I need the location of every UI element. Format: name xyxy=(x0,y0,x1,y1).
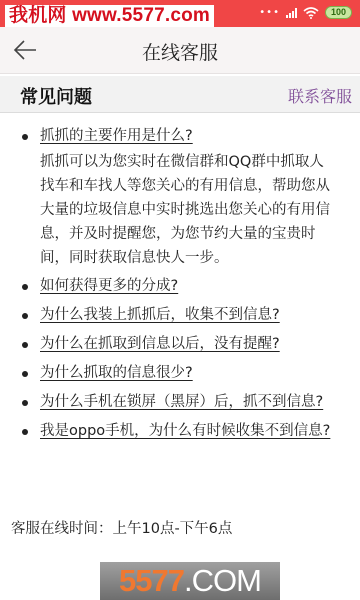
answer-line: 大量的垃圾信息中实时挑选出您关心的有用信 xyxy=(40,198,354,222)
faq-question-link[interactable]: 如何获得更多的分成? xyxy=(40,274,178,298)
bullet-icon xyxy=(22,342,28,348)
battery-icon: 100 xyxy=(325,6,352,19)
wifi-icon xyxy=(303,7,319,19)
bullet-icon xyxy=(22,429,28,435)
faq-question-link[interactable]: 为什么手机在锁屏（黑屏）后，抓不到信息? xyxy=(40,390,323,414)
service-hours: 客服在线时间：上午10点-下午6点 xyxy=(11,517,232,538)
answer-line: 间，同时获取信息快人一步。 xyxy=(40,246,354,270)
contact-service-link[interactable]: 联系客服 xyxy=(288,84,352,107)
site-logo: 5577.COM xyxy=(100,562,280,600)
logo-number: 5577 xyxy=(119,563,184,599)
faq-answer: 抓抓可以为您实时在微信群和QQ群中抓取人 找车和车找人等您关心的有用信息，帮助您… xyxy=(40,148,354,274)
faq-item: 我是oppo手机，为什么有时候收集不到信息? xyxy=(0,419,360,448)
faq-item: 为什么抓取的信息很少? xyxy=(0,361,360,390)
answer-line: 抓抓可以为您实时在微信群和QQ群中抓取人 xyxy=(40,150,354,174)
faq-item: 如何获得更多的分成? xyxy=(0,274,360,303)
bullet-icon xyxy=(22,313,28,319)
logo-domain: .COM xyxy=(184,563,261,599)
faq-question-link[interactable]: 为什么在抓取到信息以后，没有提醒? xyxy=(40,332,280,356)
answer-line: 息，并及时提醒您，为您节约大量的宝贵时 xyxy=(40,222,354,246)
faq-item: 抓抓的主要作用是什么? 抓抓可以为您实时在微信群和QQ群中抓取人 找车和车找人等… xyxy=(0,124,360,274)
answer-line: 找车和车找人等您关心的有用信息，帮助您从 xyxy=(40,174,354,198)
top-app-bar: 在线客服 xyxy=(0,27,360,74)
faq-item: 为什么我装上抓抓后，收集不到信息? xyxy=(0,303,360,332)
faq-question-link[interactable]: 我是oppo手机，为什么有时候收集不到信息? xyxy=(40,419,330,443)
bullet-icon xyxy=(22,400,28,406)
faq-question-link[interactable]: 为什么我装上抓抓后，收集不到信息? xyxy=(40,303,280,327)
section-title: 常见问题 xyxy=(20,83,92,109)
faq-item: 为什么在抓取到信息以后，没有提醒? xyxy=(0,332,360,361)
faq-list: 抓抓的主要作用是什么? 抓抓可以为您实时在微信群和QQ群中抓取人 找车和车找人等… xyxy=(0,124,360,448)
status-icons: ••• 100 xyxy=(259,6,352,19)
faq-question-link[interactable]: 为什么抓取的信息很少? xyxy=(40,361,193,385)
signal-icon xyxy=(286,8,297,18)
bullet-icon xyxy=(22,371,28,377)
page-title: 在线客服 xyxy=(0,38,360,65)
bullet-icon xyxy=(22,284,28,290)
status-bar: 我机网 www.5577.com ••• 100 xyxy=(0,0,360,27)
watermark: 我机网 www.5577.com xyxy=(5,5,214,27)
faq-item: 为什么手机在锁屏（黑屏）后，抓不到信息? xyxy=(0,390,360,419)
faq-section-header: 常见问题 联系客服 xyxy=(0,76,360,113)
faq-question-link[interactable]: 抓抓的主要作用是什么? xyxy=(40,124,193,148)
notification-dots-icon: ••• xyxy=(259,7,280,18)
bullet-icon xyxy=(22,134,28,140)
